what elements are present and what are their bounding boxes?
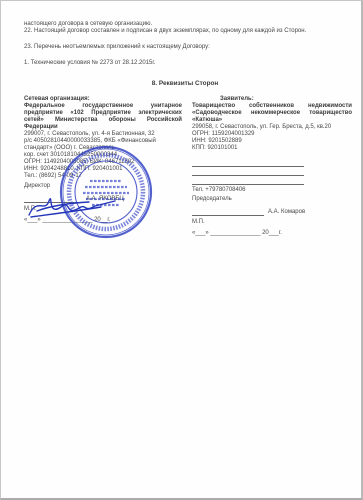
- applicant-column: Заявитель: Товарищество собственников не…: [192, 96, 352, 237]
- paragraph-clause-22: 22. Настоящий договор составлен и подпис…: [24, 28, 346, 35]
- paragraph-clause-23: 23. Перечень неотъемлемых приложений к н…: [24, 44, 346, 51]
- applicant-address: 299058, г. Севастополь, ул. Гер. Бреста,…: [192, 124, 352, 131]
- network-org-ogrn-bik: ОГРН: 1149204008085, БИК: 046711502: [24, 159, 182, 166]
- network-org-address: 299007, г. Севастополь, ул. 4-я Бастионн…: [24, 131, 182, 138]
- network-org-account: р/с 40502810440000033385, ФКБ «Финансовы…: [24, 138, 182, 152]
- network-org-column: Сетевая организация: Федеральное государ…: [24, 96, 182, 237]
- signature-blank-line: [24, 196, 82, 203]
- applicant-signer-title: Председатель: [192, 196, 352, 203]
- scanned-contract-page: настоящего договора в сетевую организаци…: [0, 0, 363, 500]
- paragraph-continuation: настоящего договора в сетевую организаци…: [24, 21, 346, 28]
- network-org-signer-title: Директор: [24, 183, 182, 190]
- section-heading: 8. Реквизиты Сторон: [24, 80, 346, 87]
- applicant-blank-lines: [192, 159, 352, 185]
- applicant-tel: Тел. +79780708406: [192, 187, 352, 194]
- paragraph-attachment-1: 1. Технические условия № 2273 от 28.12.2…: [24, 60, 346, 67]
- network-org-signature-row: А.А. ЯКОВЕЦ: [24, 196, 182, 203]
- applicant-signer-name: А.А. Комаров: [268, 209, 305, 216]
- network-org-signer-name: А.А. ЯКОВЕЦ: [86, 196, 124, 203]
- network-org-date-blank: «___» _______________ 20__г.: [24, 217, 182, 224]
- network-org-inn-kpp: ИНН: 9204248810, КПП: 920401001: [24, 166, 182, 173]
- network-org-name: Федеральное государственное унитарное пр…: [24, 103, 182, 131]
- requisites-columns: Сетевая организация: Федеральное государ…: [24, 96, 346, 237]
- applicant-org-name: Товарищество собственников недвижимости …: [192, 103, 352, 124]
- applicant-ogrn: ОГРН: 1159204001329: [192, 131, 352, 138]
- applicant-mp-label: М.П.: [192, 219, 352, 226]
- network-org-corr-account: кор. счет 30101810445250000344: [24, 152, 182, 159]
- applicant-kpp: КПП: 920101001: [192, 145, 352, 152]
- network-org-mp-label: М.П.: [24, 206, 182, 213]
- blank-fill-line: [192, 177, 304, 185]
- applicant-inn: ИНН: 9201502889: [192, 138, 352, 145]
- signature-blank-line: [192, 209, 264, 216]
- network-org-role-label: Сетевая организация:: [24, 96, 182, 103]
- blank-fill-line: [192, 159, 304, 167]
- network-org-tel: Тел.: (8692) 54-09-17: [24, 173, 182, 180]
- applicant-role-label: Заявитель:: [192, 96, 352, 103]
- applicant-signature-row: А.А. Комаров: [192, 209, 352, 216]
- applicant-date-blank: «___» _______________ 20___г.: [192, 230, 352, 237]
- blank-fill-line: [192, 168, 304, 176]
